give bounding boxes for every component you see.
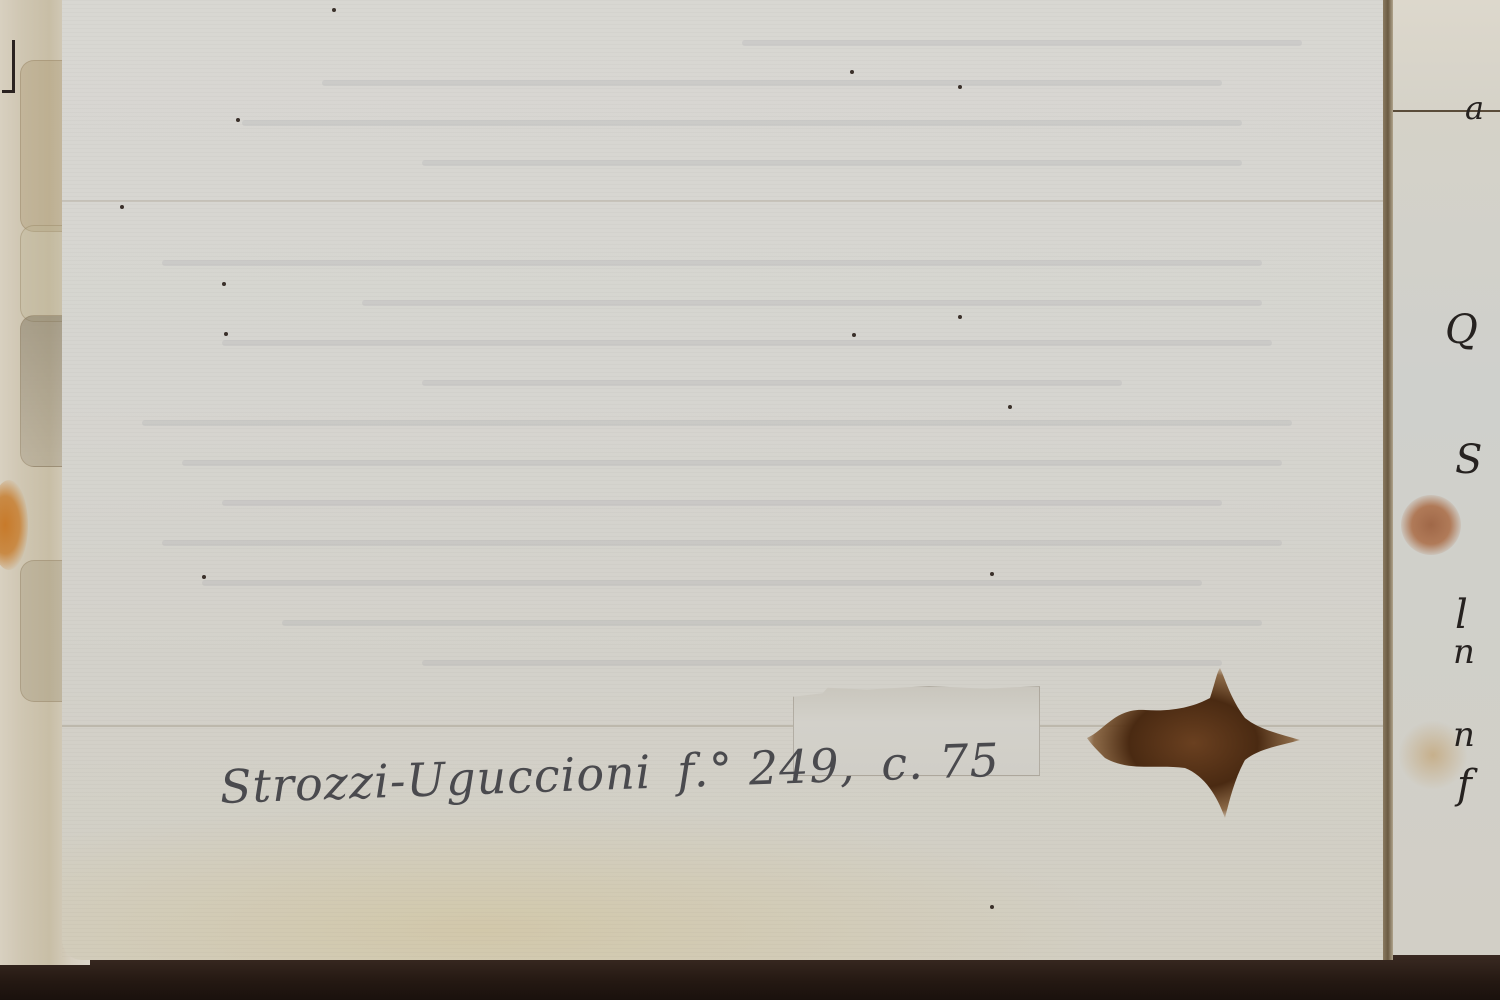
pinhole (332, 8, 336, 12)
pinhole (958, 85, 962, 89)
bleed-through-text (122, 20, 1347, 730)
pinhole (120, 205, 124, 209)
pinhole (224, 332, 228, 336)
facing-page: a Q S l n n f (1393, 0, 1500, 955)
ink-stain (1085, 668, 1305, 818)
margin-initial: f (1457, 765, 1472, 805)
carta-number: c. 75 (880, 733, 1000, 791)
margin-initial: l (1455, 595, 1468, 635)
pinhole (852, 333, 856, 337)
filza-number: f.° 249, (676, 738, 856, 798)
pinhole (958, 315, 962, 319)
pinhole (990, 572, 994, 576)
desk-surface (0, 955, 1500, 1000)
margin-initial: S (1455, 440, 1482, 480)
pinhole (222, 282, 226, 286)
pinhole (850, 70, 854, 74)
margin-initial: n (1453, 635, 1475, 669)
pinhole (1008, 405, 1012, 409)
pinhole (202, 575, 206, 579)
pinhole (236, 118, 240, 122)
book-gutter (1383, 0, 1393, 960)
pinhole (990, 905, 994, 909)
rust-spot-right (1401, 495, 1461, 555)
margin-initial: a (1465, 92, 1484, 124)
manuscript-photo: a Q S l n n f Strozzi-Uguccionif.° 249,c… (0, 0, 1500, 1000)
margin-initial: Q (1445, 310, 1478, 350)
margin-initial: n (1453, 718, 1475, 752)
ink-mark (2, 40, 15, 93)
